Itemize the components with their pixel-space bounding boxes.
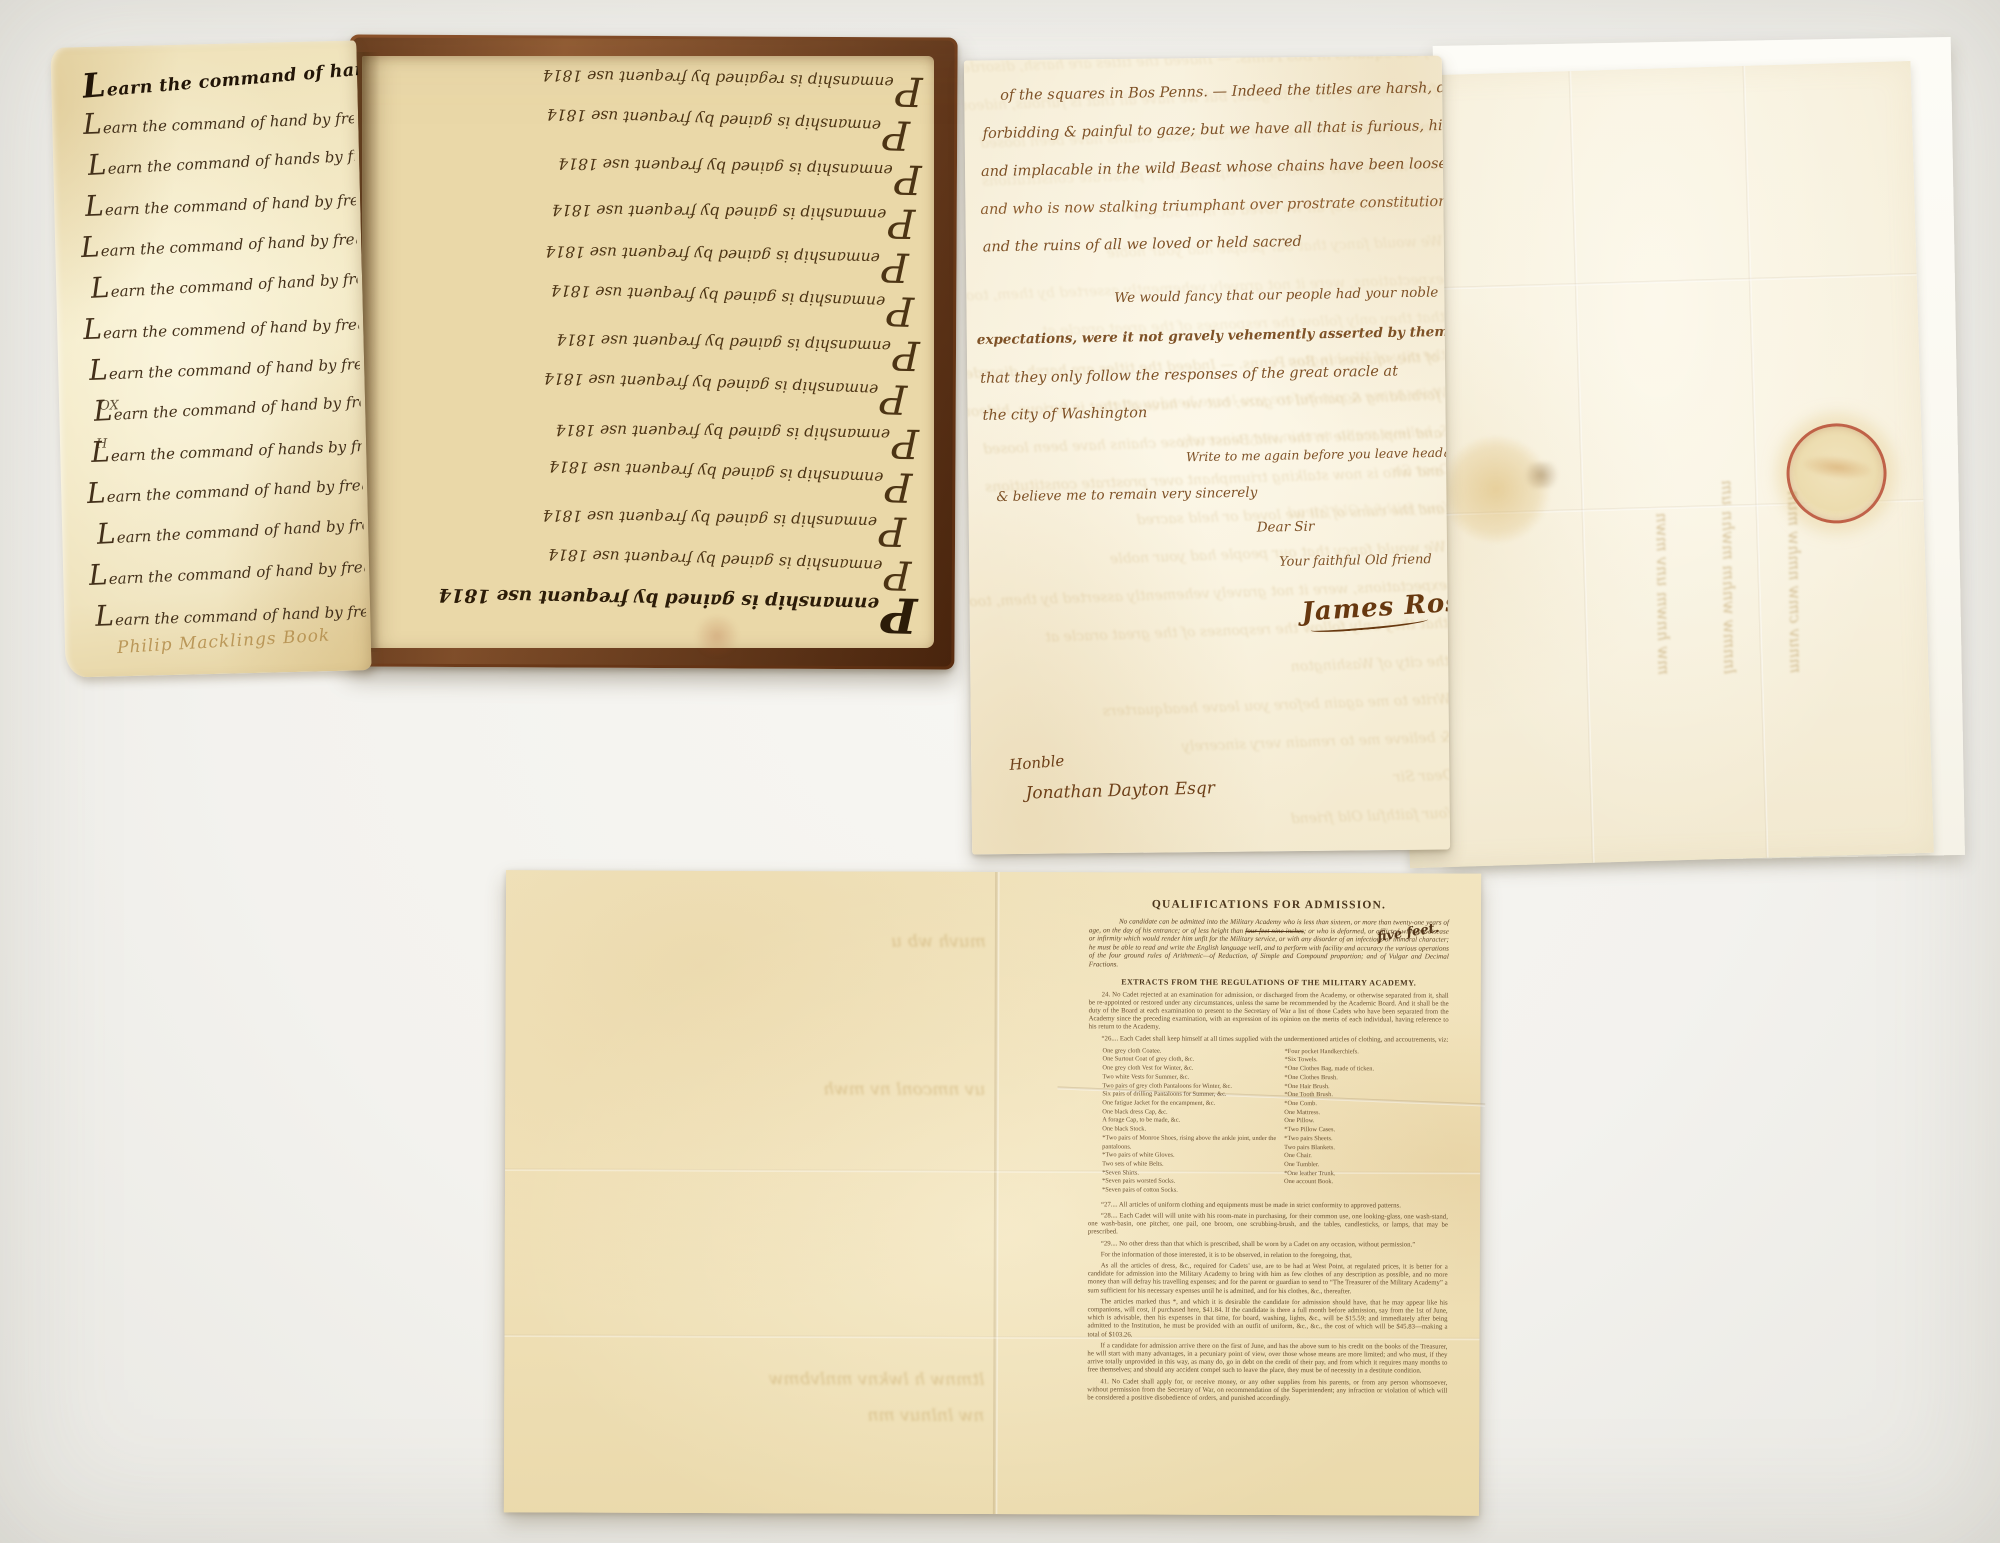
- information-note-1: For the information of those interested,…: [1088, 1251, 1448, 1260]
- address-leaf-group: mnuv cmw nmhw munlnnmw wnhm mwhn ummw hn…: [1384, 30, 1979, 885]
- extracts-heading: EXTRACTS FROM THE REGULATIONS OF THE MIL…: [1089, 977, 1449, 987]
- leaf-showthrough-script: mnuv cmw nmhw munlnnmw wnhm mwhn ummw hn…: [1580, 203, 1806, 676]
- margin-doodle: OX: [99, 398, 119, 413]
- equipment-list-left: One grey cloth Coatee.One Surtout Coat o…: [1102, 1047, 1279, 1196]
- center-fold-crease: [993, 872, 1000, 1514]
- letter-line: and the ruins of all we loved or held sa…: [983, 234, 1302, 256]
- letter-line: expectations, were it not gravely veheme…: [977, 323, 1450, 348]
- penmanship-lines-inverted: Penmanship is gained by frequent use 181…: [375, 63, 923, 643]
- equipment-list: One grey cloth Coatee.One Surtout Coat o…: [1088, 1047, 1449, 1200]
- ghost-line: lnnmw wnhm mwhn um: [1668, 204, 1740, 675]
- ghost-line: the city of Washington: [972, 654, 1450, 709]
- copybook: Penmanship is gained by frequent use 181…: [52, 30, 957, 680]
- regulation-paragraph-41: 41. No Cadet shall apply for, or receive…: [1087, 1378, 1447, 1404]
- list-item: *Two Pillow Cases.: [1284, 1126, 1448, 1135]
- ghost-line: mnuv cmw nmhw mun: [1734, 203, 1806, 674]
- signature-james-ross: James Ross: [1301, 587, 1450, 634]
- information-note-2: As all the articles of dress, &c., requi…: [1088, 1262, 1448, 1296]
- list-item: One Tumbler.: [1284, 1161, 1448, 1170]
- printed-text-column: QUALIFICATIONS FOR ADMISSION. No candida…: [1087, 898, 1449, 1407]
- letter-line: of the squares in Bos Penns. — Indeed th…: [1000, 79, 1450, 104]
- ink-smudge: [692, 616, 742, 656]
- ghost-line: nw lnlnuv mn: [714, 1405, 984, 1426]
- regulation-paragraph-27: “27.... All articles of uniform clothing…: [1088, 1201, 1448, 1210]
- regulation-paragraph-24: 24. No Cadet rejected at an examination …: [1089, 991, 1449, 1033]
- ghost-line: Your faithful Old friend: [977, 806, 1450, 855]
- list-item: *Seven pairs of cotton Socks.: [1102, 1186, 1278, 1195]
- list-item: *One Comb.: [1284, 1100, 1448, 1109]
- ghost-line: uv nmconl nv mwh: [655, 1079, 985, 1100]
- ghost-line: Write to me again before you leave headq…: [973, 692, 1450, 747]
- information-note-4: If a candidate for admission arrive ther…: [1087, 1342, 1447, 1376]
- admission-intro-paragraph: No candidate can be admitted into the Mi…: [1089, 917, 1449, 970]
- photo-background: Penmanship is gained by frequent use 181…: [0, 0, 2000, 1543]
- circular-showthrough-script: muvh wb uuv nmconl nv mwhltmnw h lwknv m…: [564, 931, 986, 1426]
- paper-stain: [1439, 434, 1552, 545]
- ghost-line: ltmnw h lwknv mnlvbmw: [674, 1369, 984, 1390]
- letter-line: Your faithful Old friend: [1279, 552, 1432, 570]
- letter-line: Dear Sir: [1257, 519, 1315, 536]
- copybook-left-page: Learn the command of hand by frequent us…: [50, 40, 371, 677]
- address-leaf: mnuv cmw nmhw munlnnmw wnhm mwhn ummw hn…: [1387, 61, 1934, 868]
- handwritten-letter: of the squares in Bos Penns. — Indeed th…: [964, 56, 1450, 855]
- letter-line: and implacable in the wild Beast whose c…: [981, 156, 1450, 180]
- letter-line: Write to me again before you leave headq…: [1186, 444, 1450, 464]
- ghost-line: muvh wb u: [626, 931, 986, 952]
- margin-doodle: H: [96, 437, 108, 452]
- letter-address-honorific: Honble: [1009, 752, 1065, 774]
- regulation-paragraph-26: “26.... Each Cadet shall keep himself at…: [1089, 1035, 1449, 1044]
- ghost-line: mw hnwm unv mwn: [1602, 205, 1674, 676]
- list-item: Two white Vests for Summer, &c.: [1102, 1073, 1278, 1082]
- equipment-list-right: *Four pocket Handkerchiefs.*Six Towels.*…: [1284, 1048, 1448, 1188]
- information-note-3: The articles marked thus *, and which it…: [1087, 1298, 1447, 1340]
- letter-address-name: Jonathan Dayton Esqr: [1025, 778, 1215, 803]
- letter-line: & believe me to remain very sincerely: [996, 485, 1257, 506]
- regulation-paragraph-29: “29.... No other dress than that which i…: [1088, 1240, 1448, 1249]
- letter-line: the city of Washington: [982, 405, 1147, 424]
- list-item: One account Book.: [1284, 1178, 1448, 1187]
- ghost-line: and the ruins of all we loved or held sa…: [966, 502, 1445, 557]
- letter-line: that they only follow the responses of t…: [980, 364, 1398, 387]
- list-item: Two sets of white Belts.: [1102, 1160, 1278, 1169]
- regulation-paragraph-28: “28.... Each Cadet will will unite with …: [1088, 1212, 1448, 1238]
- list-item: One black Stock.: [1102, 1125, 1278, 1134]
- copybook-right-page: Penmanship is gained by frequent use 181…: [362, 56, 934, 648]
- list-item: *Two pairs of Monroe Shoes, rising above…: [1102, 1134, 1278, 1152]
- printed-circular: muvh wb uuv nmconl nv mwhltmnw h lwknv m…: [504, 870, 1481, 1515]
- list-item: *One Clothes Bag, made of ticken.: [1284, 1065, 1448, 1074]
- penmanship-line: Penmanship is gained by frequent use 181…: [379, 195, 916, 246]
- list-item: *Two pairs Sheets.: [1284, 1135, 1448, 1144]
- list-item: One fatigue Jacket for the encampment, &…: [1102, 1099, 1278, 1108]
- list-item: *One Clothes Brush.: [1284, 1074, 1448, 1083]
- handwriting-lines: Learn the command of hand by frequent us…: [77, 60, 367, 641]
- penmanship-line: Penmanship is gained by frequent use 181…: [377, 415, 920, 467]
- ghost-line: Your faithful Old friend: [974, 500, 1450, 555]
- letter-line: and who is now stalking triumphant over …: [980, 194, 1450, 218]
- qualifications-title: QUALIFICATIONS FOR ADMISSION.: [1089, 898, 1449, 911]
- struck-height-text: four feet nine inches: [1245, 926, 1304, 934]
- letter-body: of the squares in Bos Penns. — Indeed th…: [964, 56, 1442, 61]
- letter-line: forbidding & painful to gaze; but we hav…: [982, 117, 1450, 142]
- letter-line: We would fancy that our people had your …: [1114, 284, 1438, 306]
